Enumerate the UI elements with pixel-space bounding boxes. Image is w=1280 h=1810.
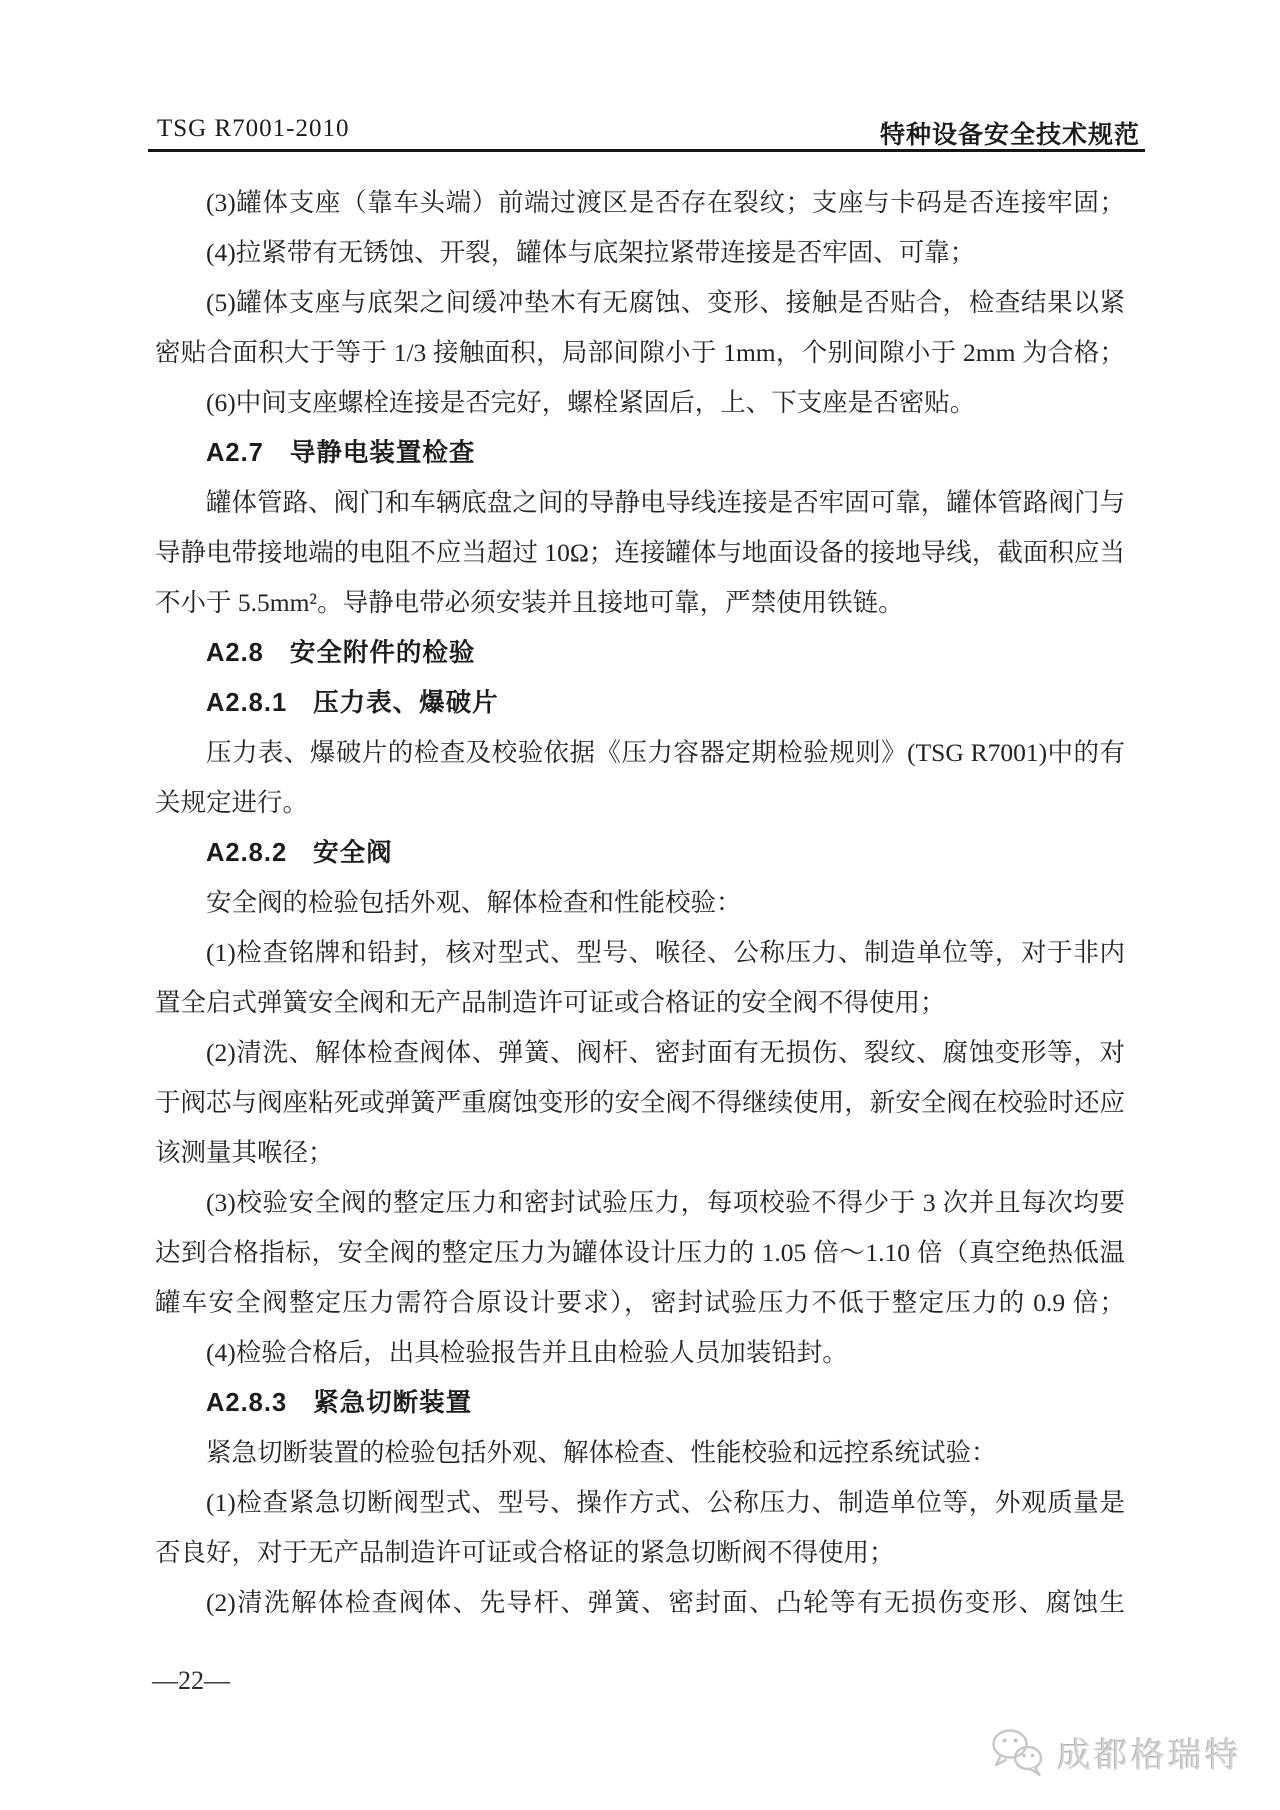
paragraph-line: 于阀芯与阀座粘死或弹簧严重腐蚀变形的安全阀不得继续使用，新安全阀在校验时还应 (155, 1078, 1125, 1128)
section-heading: A2.8.3紧急切断装置 (155, 1378, 1125, 1428)
header-doc-code: TSG R7001-2010 (157, 115, 349, 143)
paragraph-line: 不小于 5.5mm²。导静电带必须安装并且接地可靠，严禁使用铁链。 (155, 578, 1125, 628)
paragraph-line: 罐体管路、阀门和车辆底盘之间的导静电导线连接是否牢固可靠，罐体管路阀门与 (155, 478, 1125, 528)
page-number: —22— (152, 1656, 230, 1706)
paragraph-line: (1)检查铭牌和铅封，核对型式、型号、喉径、公称压力、制造单位等，对于非内 (155, 928, 1125, 978)
section-title: 安全阀 (313, 839, 393, 867)
paragraph-line: (2)清洗解体检查阀体、先导杆、弹簧、密封面、凸轮等有无损伤变形、腐蚀生锈、 (155, 1578, 1125, 1628)
paragraph-line: (3)罐体支座（靠车头端）前端过渡区是否存在裂纹；支座与卡码是否连接牢固； (155, 178, 1125, 228)
watermark-text: 成都格瑞特 (1057, 1728, 1242, 1777)
section-title: 安全附件的检验 (290, 639, 476, 667)
paragraph-line: (4)拉紧带有无锈蚀、开裂，罐体与底架拉紧带连接是否牢固、可靠； (155, 228, 1125, 278)
header-rule (148, 149, 1145, 152)
paragraph-line: (3)校验安全阀的整定压力和密封试验压力，每项校验不得少于 3 次并且每次均要 (155, 1178, 1125, 1228)
paragraph-line: (5)罐体支座与底架之间缓冲垫木有无腐蚀、变形、接触是否贴合，检查结果以紧 (155, 278, 1125, 328)
section-title: 紧急切断装置 (313, 1389, 472, 1417)
section-number: A2.8 (206, 639, 264, 667)
paragraph-line: 关规定进行。 (155, 778, 1125, 828)
paragraph-line: 导静电带接地端的电阻不应当超过 10Ω；连接罐体与地面设备的接地导线，截面积应当 (155, 528, 1125, 578)
watermark: 成都格瑞特 (989, 1727, 1242, 1777)
paragraph-line: (4)检验合格后，出具检验报告并且由检验人员加装铅封。 (155, 1328, 1125, 1378)
paragraph-line: 紧急切断装置的检验包括外观、解体检查、性能校验和远控系统试验： (155, 1428, 1125, 1478)
section-heading: A2.8.2安全阀 (155, 828, 1125, 878)
section-heading: A2.8安全附件的检验 (155, 628, 1125, 678)
section-number: A2.8.3 (206, 1389, 287, 1417)
section-title: 压力表、爆破片 (313, 689, 499, 717)
paragraph-line: (2)清洗、解体检查阀体、弹簧、阀杆、密封面有无损伤、裂纹、腐蚀变形等，对 (155, 1028, 1125, 1078)
document-page: TSG R7001-2010 特种设备安全技术规范 (3)罐体支座（靠车头端）前… (0, 0, 1280, 1810)
paragraph-line: 安全阀的检验包括外观、解体检查和性能校验： (155, 878, 1125, 928)
section-title: 导静电装置检查 (290, 439, 476, 467)
document-body: (3)罐体支座（靠车头端）前端过渡区是否存在裂纹；支座与卡码是否连接牢固；(4)… (155, 178, 1125, 1628)
paragraph-line: 罐车安全阀整定压力需符合原设计要求），密封试验压力不低于整定压力的 0.9 倍； (155, 1278, 1125, 1328)
section-heading: A2.8.1压力表、爆破片 (155, 678, 1125, 728)
paragraph-line: 达到合格指标，安全阀的整定压力为罐体设计压力的 1.05 倍～1.10 倍（真空… (155, 1228, 1125, 1278)
paragraph-line: 密贴合面积大于等于 1/3 接触面积，局部间隙小于 1mm，个别间隙小于 2mm… (155, 328, 1125, 378)
section-number: A2.8.1 (206, 689, 287, 717)
paragraph-line: 该测量其喉径； (155, 1128, 1125, 1178)
paragraph-line: 否良好，对于无产品制造许可证或合格证的紧急切断阀不得使用； (155, 1528, 1125, 1578)
paragraph-line: (1)检查紧急切断阀型式、型号、操作方式、公称压力、制造单位等，外观质量是 (155, 1478, 1125, 1528)
section-heading: A2.7导静电装置检查 (155, 428, 1125, 478)
paragraph-line: (6)中间支座螺栓连接是否完好，螺栓紧固后，上、下支座是否密贴。 (155, 378, 1125, 428)
paragraph-line: 压力表、爆破片的检查及校验依据《压力容器定期检验规则》(TSG R7001)中的… (155, 728, 1125, 778)
header-doc-title: 特种设备安全技术规范 (880, 115, 1140, 151)
section-number: A2.8.2 (206, 839, 287, 867)
section-number: A2.7 (206, 439, 264, 467)
paragraph-line: 置全启式弹簧安全阀和无产品制造许可证或合格证的安全阀不得使用； (155, 978, 1125, 1028)
wechat-icon (989, 1727, 1045, 1777)
